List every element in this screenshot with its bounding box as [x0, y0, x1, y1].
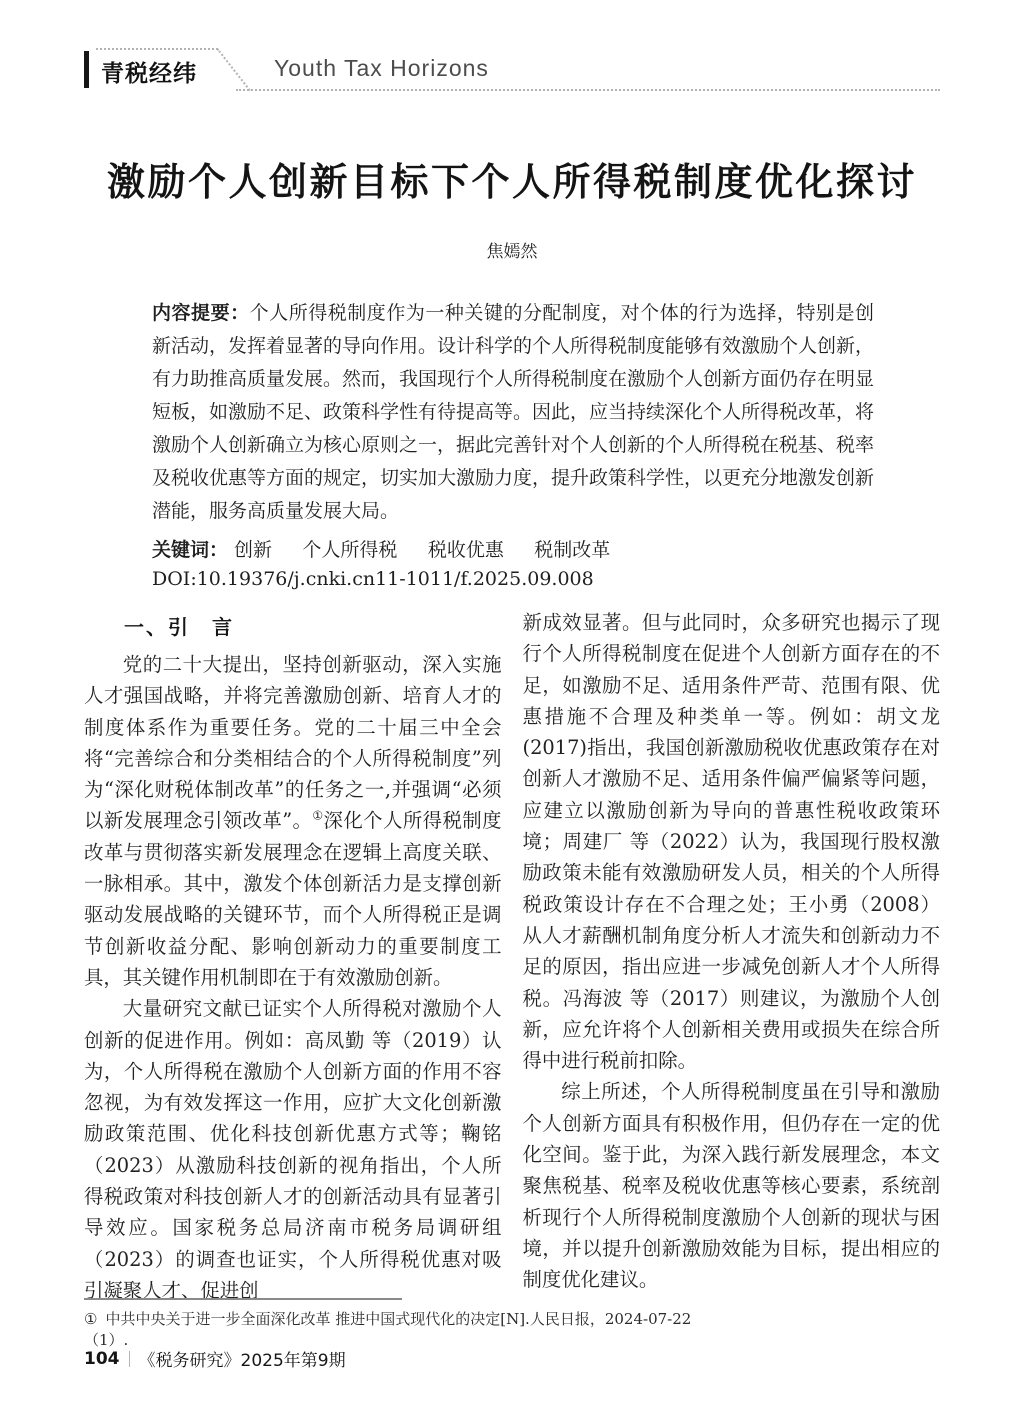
paragraph: 新成效显著。但与此同时，众多研究也揭示了现行个人所得税制度在促进个人创新方面存在…: [523, 607, 941, 1076]
body-columns: 一、引 言 党的二十大提出，坚持创新驱动，深入实施人才强国战略，并将完善激励创新…: [84, 607, 940, 1306]
footnote-text: 中共中央关于进一步全面深化改革 推进中国式现代化的决定[N].人民日报，2024…: [84, 1310, 691, 1349]
abstract-label: 内容提要：: [152, 302, 250, 324]
section-accent-bar: [84, 51, 89, 88]
page-header: 青税经纬 Youth Tax Horizons: [84, 46, 940, 94]
journal-name: 《税务研究》2025年第9期: [139, 1346, 346, 1371]
paragraph: 党的二十大提出，坚持创新驱动，深入实施人才强国战略，并将完善激励创新、培育人才的…: [84, 649, 502, 993]
header-dotted-tab-top: [96, 48, 218, 50]
footnote-rule: [84, 1298, 402, 1300]
keywords-label: 关键词：: [152, 539, 228, 561]
section-name-en: Youth Tax Horizons: [274, 55, 489, 82]
keyword: 税制改革: [534, 539, 610, 561]
abstract-block: 内容提要：个人所得税制度作为一种关键的分配制度，对个体的行为选择，特别是创新活动…: [84, 297, 940, 528]
doi-line: DOI:10.19376/j.cnki.cn11-1011/f.2025.09.…: [84, 568, 940, 590]
footnote-marker: ①: [84, 1310, 97, 1328]
paragraph: 大量研究文献已证实个人所得税对激励个人创新的促进作用。例如：高凤勤 等（2019…: [84, 993, 502, 1306]
left-column: 一、引 言 党的二十大提出，坚持创新驱动，深入实施人才强国战略，并将完善激励创新…: [84, 607, 502, 1306]
keywords-line: 关键词：创新个人所得税税收优惠税制改革: [84, 535, 940, 562]
footnote: ①中共中央关于进一步全面深化改革 推进中国式现代化的决定[N].人民日报，202…: [84, 1308, 704, 1350]
section-heading: 一、引 言: [84, 611, 502, 640]
keyword: 个人所得税: [302, 539, 397, 561]
header-dotted-rule: [236, 89, 940, 91]
paragraph-text: 深化个人所得税制度改革与贯彻落实新发展理念在逻辑上高度关联、一脉相承。其中，激发…: [84, 809, 502, 988]
article-author: 焦嫣然: [84, 237, 940, 262]
journal-page: 青税经纬 Youth Tax Horizons 激励个人创新目标下个人所得税制度…: [0, 0, 1024, 1421]
header-dotted-diagonal: [216, 48, 250, 91]
article-title: 激励个人创新目标下个人所得税制度优化探讨: [84, 151, 940, 206]
footnote-ref-marker: ①: [312, 809, 323, 823]
section-name-cn: 青税经纬: [101, 55, 197, 88]
abstract-text: 个人所得税制度作为一种关键的分配制度，对个体的行为选择，特别是创新活动，发挥着显…: [152, 302, 874, 522]
right-column: 新成效显著。但与此同时，众多研究也揭示了现行个人所得税制度在促进个人创新方面存在…: [523, 607, 941, 1306]
page-number: 104: [84, 1349, 120, 1369]
footer-divider: [129, 1351, 130, 1367]
paragraph: 综上所述，个人所得税制度虽在引导和激励个人创新方面具有积极作用，但仍存在一定的优…: [523, 1076, 941, 1295]
paragraph-text: 党的二十大提出，坚持创新驱动，深入实施人才强国战略，并将完善激励创新、培育人才的…: [84, 653, 502, 832]
keyword: 创新: [234, 539, 272, 561]
page-footer: 104 《税务研究》2025年第9期: [84, 1346, 346, 1371]
keyword: 税收优惠: [428, 539, 504, 561]
